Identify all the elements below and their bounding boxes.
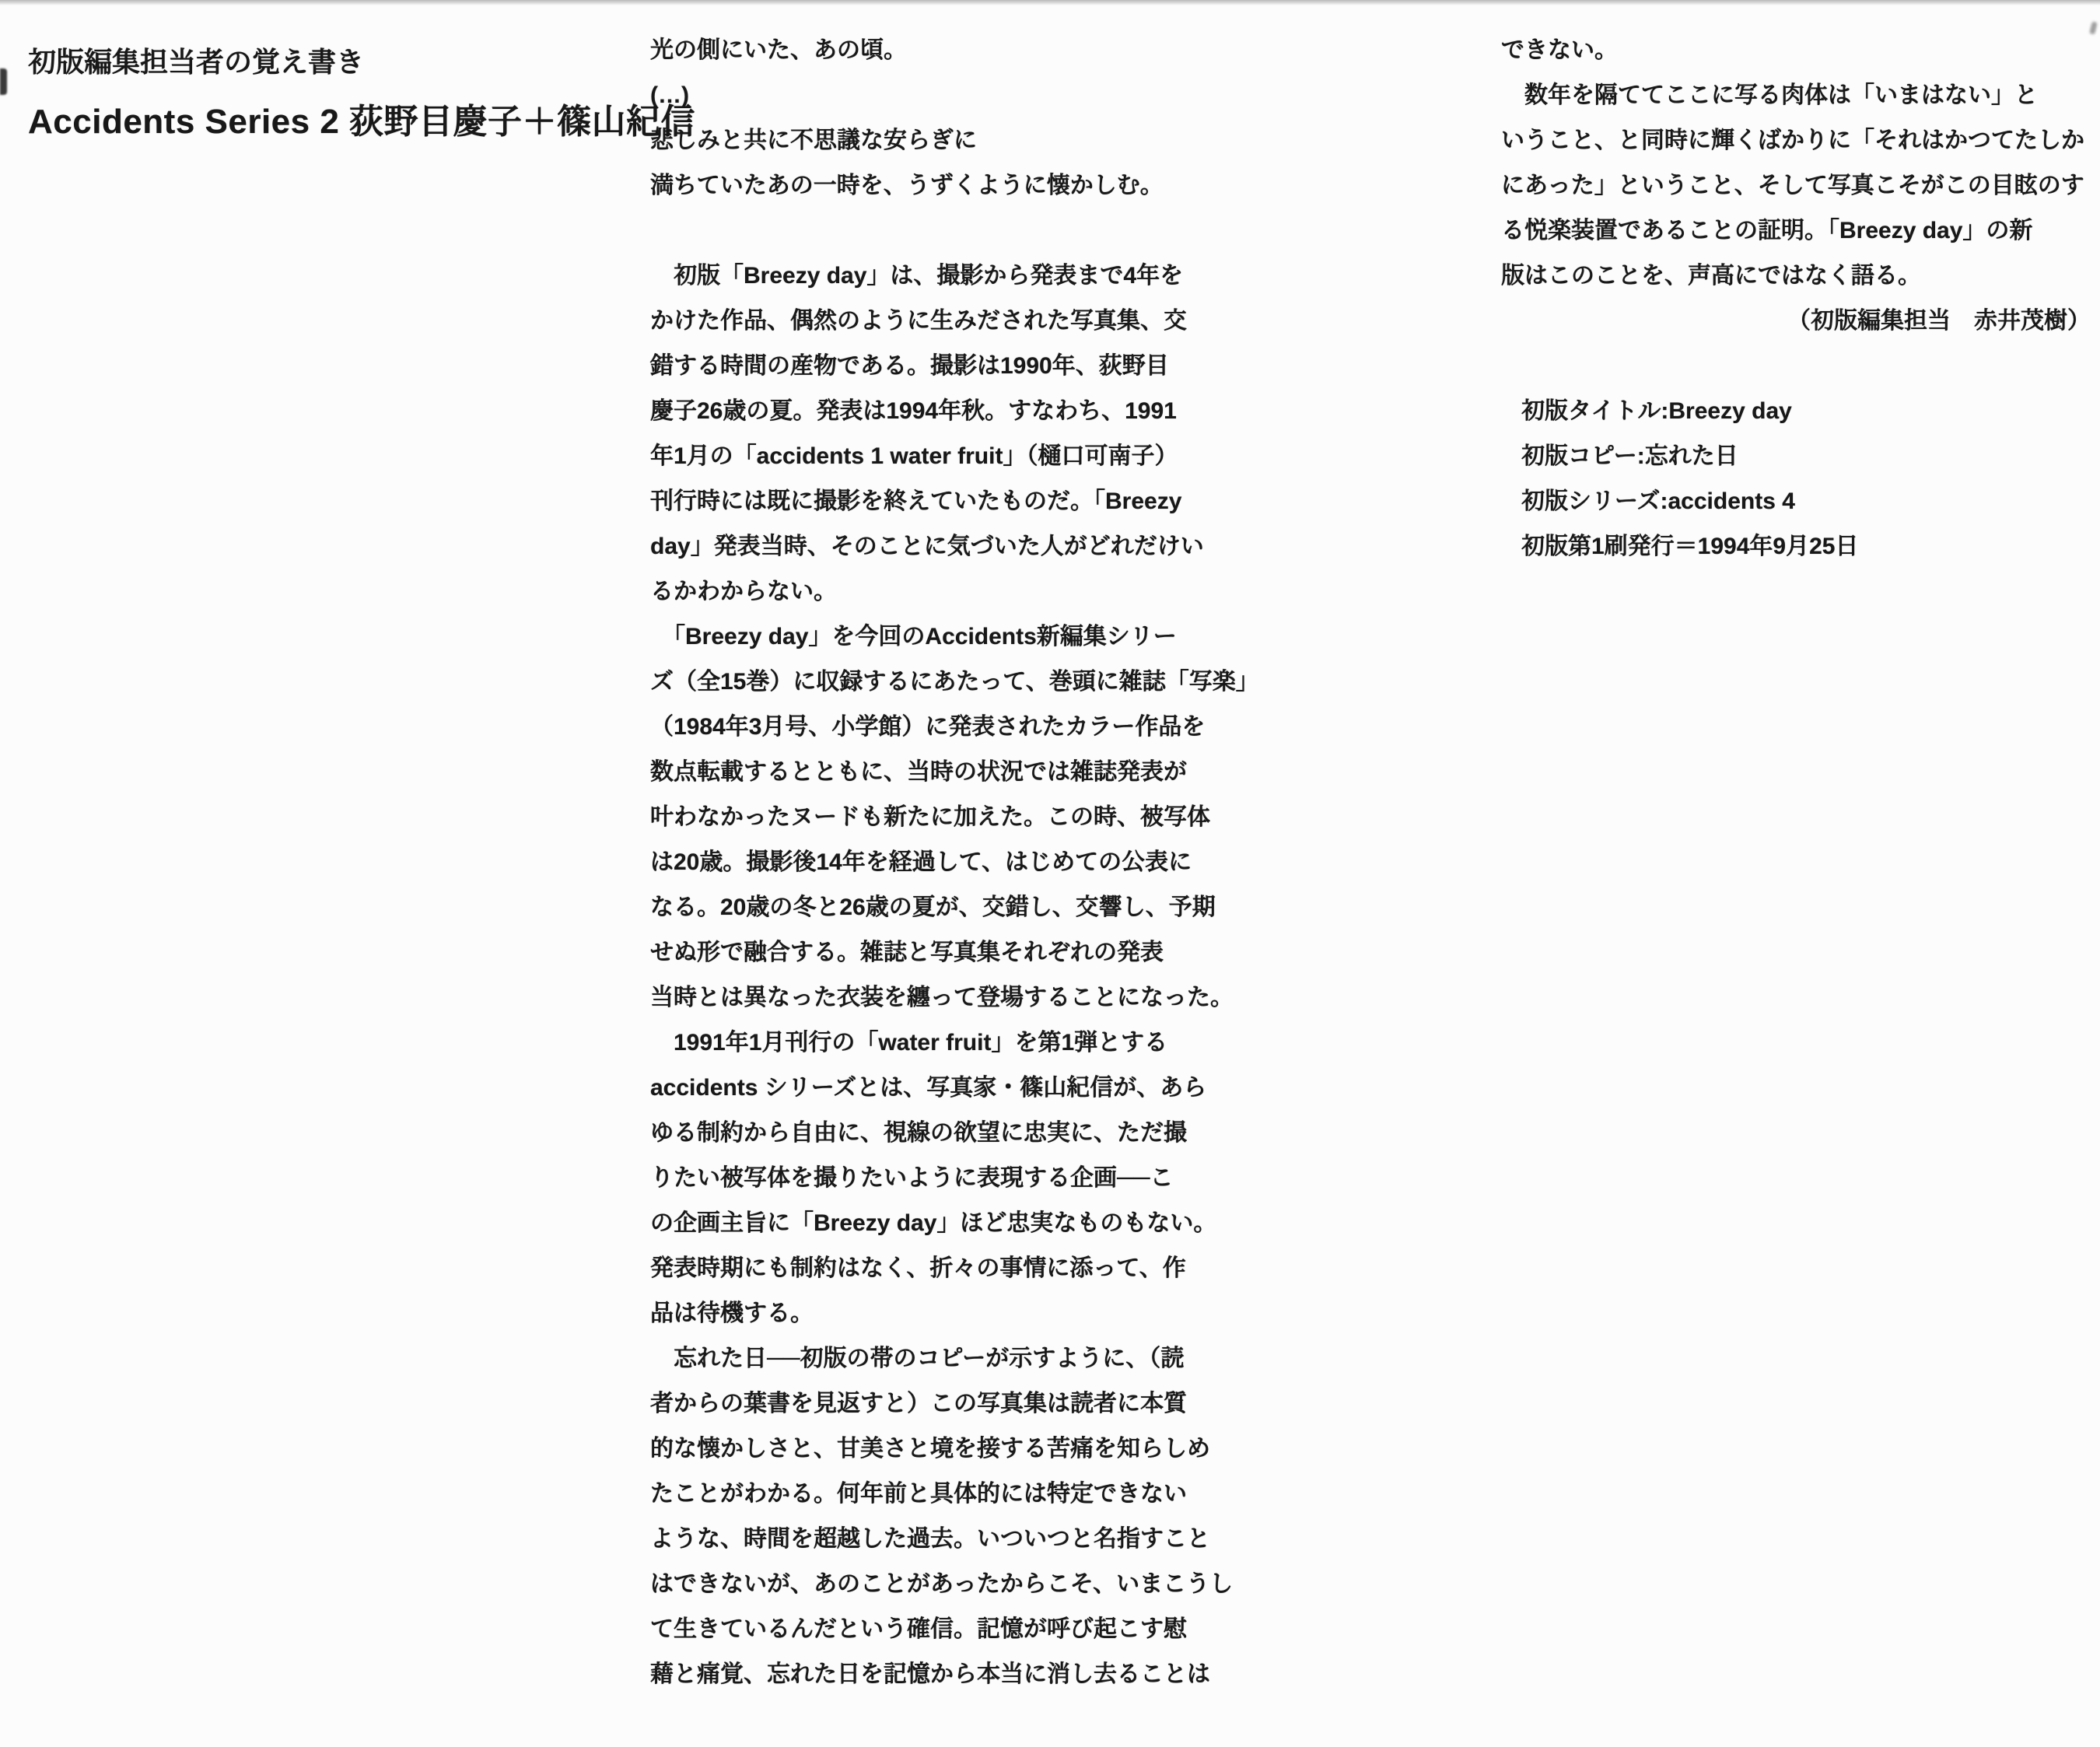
- page-header: 初版編集担当者の覚え書き Accidents Series 2 荻野目慶子＋篠山…: [28, 39, 695, 146]
- editor-credit-line: （初版編集担当 赤井茂樹）: [1501, 299, 2091, 344]
- conclusion-column: できない。 数年を隔ててここに写る肉体は「いまはない」と いうこと、と同時に輝く…: [1501, 28, 2091, 569]
- scanned-document-page: 初版編集担当者の覚え書き Accidents Series 2 荻野目慶子＋篠山…: [0, 0, 2100, 1747]
- editor-note-title: 初版編集担当者の覚え書き: [28, 39, 695, 86]
- series-title: Accidents Series 2 荻野目慶子＋篠山紀信: [28, 98, 695, 146]
- scan-top-edge-artifact: [0, 0, 2100, 5]
- essay-body-text: 初版「Breezy day」は、撮影から発表まで4年を かけた作品、偶然のように…: [650, 254, 1265, 1697]
- scan-left-edge-artifact: [0, 68, 7, 95]
- epigraph-verse: 光の側にいた、あの頃。 (…) 悲しみと共に不思議な安らぎに 満ちていたあの一時…: [650, 28, 1265, 208]
- essay-column: 光の側にいた、あの頃。 (…) 悲しみと共に不思議な安らぎに 満ちていたあの一時…: [650, 28, 1265, 1697]
- essay-conclusion-text: できない。 数年を隔ててここに写る肉体は「いまはない」と いうこと、と同時に輝く…: [1501, 28, 2091, 299]
- first-edition-colophon: 初版タイトル:Breezy day 初版コピー:忘れた日 初版シリーズ:acci…: [1501, 389, 2091, 569]
